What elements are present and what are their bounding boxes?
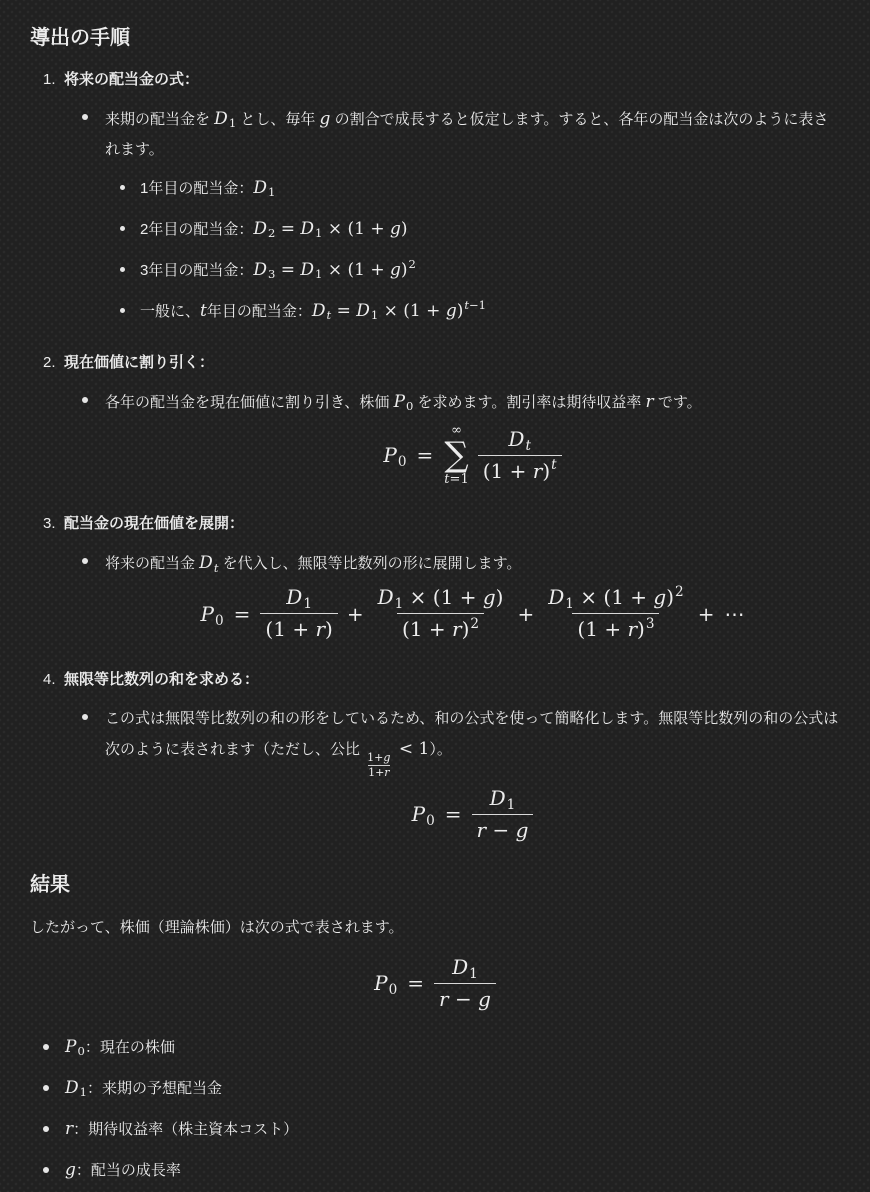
bullet-icon <box>82 714 88 720</box>
inline-math: r <box>65 1119 73 1139</box>
paragraph: 2年目の配当金：D2 = D1 × (1 + g) <box>140 216 840 243</box>
bullet-icon <box>82 558 88 564</box>
sigma-operator: ∑ <box>444 439 468 471</box>
denominator: r − g <box>434 983 496 1012</box>
inline-math: D3 = D1 × (1 + g)2 <box>253 260 416 280</box>
math-lhs: P0 <box>383 443 406 467</box>
text-run: ：来期の予想配当金 <box>87 1080 222 1097</box>
document-body: 導出の手順 1.将来の配当金の式： 来期の配当金を D1 とし、毎年 g の割合… <box>0 0 870 1184</box>
text-run: を求めます。割引率は期待収益率 <box>413 394 645 411</box>
step-title: 配当金の現在価値を展開： <box>64 514 244 534</box>
text-run: ：期待収益率（株主資本コスト） <box>73 1121 298 1138</box>
paragraph: D1：来期の予想配当金 <box>65 1075 840 1102</box>
paragraph: 各年の配当金を現在価値に割り引き、株価 P0 を求めます。割引率は期待収益率 r… <box>105 387 840 418</box>
inline-math: D2 = D1 × (1 + g) <box>253 219 407 239</box>
step-3-heading: 3.配当金の現在価値を展開： <box>30 514 840 534</box>
numerator: D1 <box>485 786 521 814</box>
text-run: です。 <box>654 394 702 411</box>
denominator: r − g <box>472 814 534 843</box>
bullet-icon <box>43 1126 49 1132</box>
step-1-heading: 1.将来の配当金の式： <box>30 70 840 90</box>
inline-math: D1 <box>214 109 236 129</box>
paragraph: 将来の配当金 Dt を代入し、無限等比数列の形に展開します。 <box>105 548 840 579</box>
list-item: 一般に、t年目の配当金：Dt = D1 × (1 + g)t−1 <box>120 298 840 325</box>
inline-math: D1 <box>253 178 275 198</box>
fraction: D1(1 + r) <box>260 585 337 642</box>
bullet-icon <box>82 114 88 120</box>
equation-gordon-growth: P0 = D1r − g <box>105 786 840 843</box>
step-title: 無限等比数列の和を求める： <box>64 670 259 690</box>
fraction: D1r − g <box>434 955 496 1012</box>
inline-math: g <box>65 1160 76 1180</box>
inline-math: < 1 <box>393 739 429 759</box>
legend-item: P0：現在の株価 <box>43 1034 840 1061</box>
step-4: 4.無限等比数列の和を求める： この式は無限等比数列の和の形をしているため、和の… <box>30 670 840 857</box>
step-number: 1. <box>43 70 57 90</box>
bullet-icon <box>120 185 125 190</box>
text-run: 将来の配当金 <box>105 555 199 572</box>
inline-math: g <box>320 109 331 129</box>
ellipsis: ⋯ <box>724 602 744 626</box>
plus-sign: + <box>698 602 715 626</box>
list-item-content: 来期の配当金を D1 とし、毎年 g の割合で成長すると仮定します。すると、各年… <box>105 104 840 339</box>
step-3: 3.配当金の現在価値を展開： 将来の配当金 Dt を代入し、無限等比数列の形に展… <box>30 514 840 656</box>
bullet-icon <box>43 1085 49 1091</box>
denominator: (1 + r)t <box>478 455 562 484</box>
equals-sign: = <box>234 602 251 626</box>
inline-math: t <box>200 301 207 321</box>
variable-legend: P0：現在の株価 D1：来期の予想配当金 r：期待収益率（株主資本コスト） g：… <box>30 1034 840 1184</box>
inline-math: P0 <box>65 1037 85 1057</box>
equation-present-value-sum: P0 = ∞ ∑ t=1 Dt(1 + r)t <box>105 424 840 486</box>
paragraph: P0：現在の株価 <box>65 1034 840 1061</box>
equation-result: P0 = D1r − g <box>30 955 840 1012</box>
equals-sign: = <box>445 802 462 826</box>
denominator: 1+r <box>368 765 389 780</box>
denominator: (1 + r)3 <box>572 613 659 642</box>
paragraph: 一般に、t年目の配当金：Dt = D1 × (1 + g)t−1 <box>140 298 840 325</box>
numerator: D1 × (1 + g)2 <box>543 585 689 613</box>
plus-sign: + <box>347 602 364 626</box>
step-4-heading: 4.無限等比数列の和を求める： <box>30 670 840 690</box>
heading-result: 結果 <box>30 873 840 897</box>
step-1-list: 来期の配当金を D1 とし、毎年 g の割合で成長すると仮定します。すると、各年… <box>30 104 840 339</box>
equation-geometric-expansion: P0 = D1(1 + r) + D1 × (1 + g)(1 + r)2 + … <box>105 585 840 642</box>
list-item: 将来の配当金 Dt を代入し、無限等比数列の形に展開します。 P0 = D1(1… <box>82 548 840 656</box>
text-run: 年目の配当金： <box>207 303 312 320</box>
step-number: 3. <box>43 514 57 534</box>
text-run: 一般に、 <box>140 303 200 320</box>
text-run: とし、毎年 <box>236 111 319 128</box>
inline-math: D1 <box>65 1078 87 1098</box>
paragraph: この式は無限等比数列の和の形をしているため、和の公式を使って簡略化します。無限等… <box>105 704 840 780</box>
sum-lower-limit: t=1 <box>444 473 468 486</box>
step-title: 現在価値に割り引く： <box>64 353 214 373</box>
list-item: 1年目の配当金：D1 <box>120 175 840 202</box>
paragraph: g：配当の成長率 <box>65 1157 840 1184</box>
text-run: ：現在の株価 <box>85 1039 175 1056</box>
numerator: D1 × (1 + g) <box>373 585 509 613</box>
list-item: 2年目の配当金：D2 = D1 × (1 + g) <box>120 216 840 243</box>
numerator: 1+g <box>367 751 390 765</box>
fraction: D1 × (1 + g)2(1 + r)3 <box>543 585 689 642</box>
inline-math: Dt = D1 × (1 + g)t−1 <box>312 301 486 321</box>
text-run: この式は無限等比数列の和の形をしているため、和の公式を使って簡略化します。無限等… <box>105 710 838 758</box>
math-lhs: P0 <box>374 971 397 995</box>
step-number: 4. <box>43 670 57 690</box>
fraction: Dt(1 + r)t <box>478 427 562 484</box>
plus-sign: + <box>517 602 534 626</box>
equals-sign: = <box>407 971 424 995</box>
text-run: を代入し、無限等比数列の形に展開します。 <box>218 555 521 572</box>
paragraph: 来期の配当金を D1 とし、毎年 g の割合で成長すると仮定します。すると、各年… <box>105 104 840 165</box>
fraction: D1 × (1 + g)(1 + r)2 <box>373 585 509 642</box>
numerator: D1 <box>281 585 317 613</box>
math-lhs: P0 <box>201 602 224 626</box>
denominator: (1 + r) <box>260 613 337 642</box>
list-item: この式は無限等比数列の和の形をしているため、和の公式を使って簡略化します。無限等… <box>82 704 840 857</box>
bullet-icon <box>43 1044 49 1050</box>
dividend-year-list: 1年目の配当金：D1 2年目の配当金：D2 = D1 × (1 + g) 3年目… <box>105 175 840 325</box>
step-1: 1.将来の配当金の式： 来期の配当金を D1 とし、毎年 g の割合で成長すると… <box>30 70 840 339</box>
paragraph: r：期待収益率（株主資本コスト） <box>65 1116 840 1143</box>
bullet-icon <box>82 397 88 403</box>
numerator: D1 <box>447 955 483 983</box>
legend-item: r：期待収益率（株主資本コスト） <box>43 1116 840 1143</box>
bullet-icon <box>43 1167 49 1173</box>
bullet-icon <box>120 267 125 272</box>
result-paragraph: したがって、株価（理論株価）は次の式で表されます。 <box>30 913 840 943</box>
paragraph: 3年目の配当金：D3 = D1 × (1 + g)2 <box>140 257 840 284</box>
text-run: ：配当の成長率 <box>76 1162 181 1179</box>
list-item: 来期の配当金を D1 とし、毎年 g の割合で成長すると仮定します。すると、各年… <box>82 104 840 339</box>
step-2: 2.現在価値に割り引く： 各年の配当金を現在価値に割り引き、株価 P0 を求めま… <box>30 353 840 500</box>
numerator: Dt <box>503 427 536 455</box>
text-run: 1年目の配当金： <box>140 180 253 197</box>
inline-math: r <box>646 392 654 412</box>
text-run: 来期の配当金を <box>105 111 214 128</box>
text-run: 2年目の配当金： <box>140 221 253 238</box>
step-title: 将来の配当金の式： <box>64 70 199 90</box>
summation-symbol: ∞ ∑ t=1 <box>444 424 468 486</box>
inline-fraction: 1+g1+r <box>367 751 390 780</box>
equals-sign: = <box>417 443 434 467</box>
math-lhs: P0 <box>412 802 435 826</box>
legend-item: D1：来期の予想配当金 <box>43 1075 840 1102</box>
denominator: (1 + r)2 <box>397 613 484 642</box>
text-run: ）。 <box>429 741 452 758</box>
legend-item: g：配当の成長率 <box>43 1157 840 1184</box>
bullet-icon <box>120 226 125 231</box>
bullet-icon <box>120 308 125 313</box>
heading-derivation: 導出の手順 <box>30 26 840 50</box>
inline-math: Dt <box>199 553 218 573</box>
list-item: 各年の配当金を現在価値に割り引き、株価 P0 を求めます。割引率は期待収益率 r… <box>82 387 840 500</box>
step-number: 2. <box>43 353 57 373</box>
fraction: D1r − g <box>472 786 534 843</box>
list-item: 3年目の配当金：D3 = D1 × (1 + g)2 <box>120 257 840 284</box>
step-2-heading: 2.現在価値に割り引く： <box>30 353 840 373</box>
text-run: 3年目の配当金： <box>140 262 253 279</box>
text-run: 各年の配当金を現在価値に割り引き、株価 <box>105 394 394 411</box>
inline-math: P0 <box>394 392 414 412</box>
paragraph: 1年目の配当金：D1 <box>140 175 840 202</box>
